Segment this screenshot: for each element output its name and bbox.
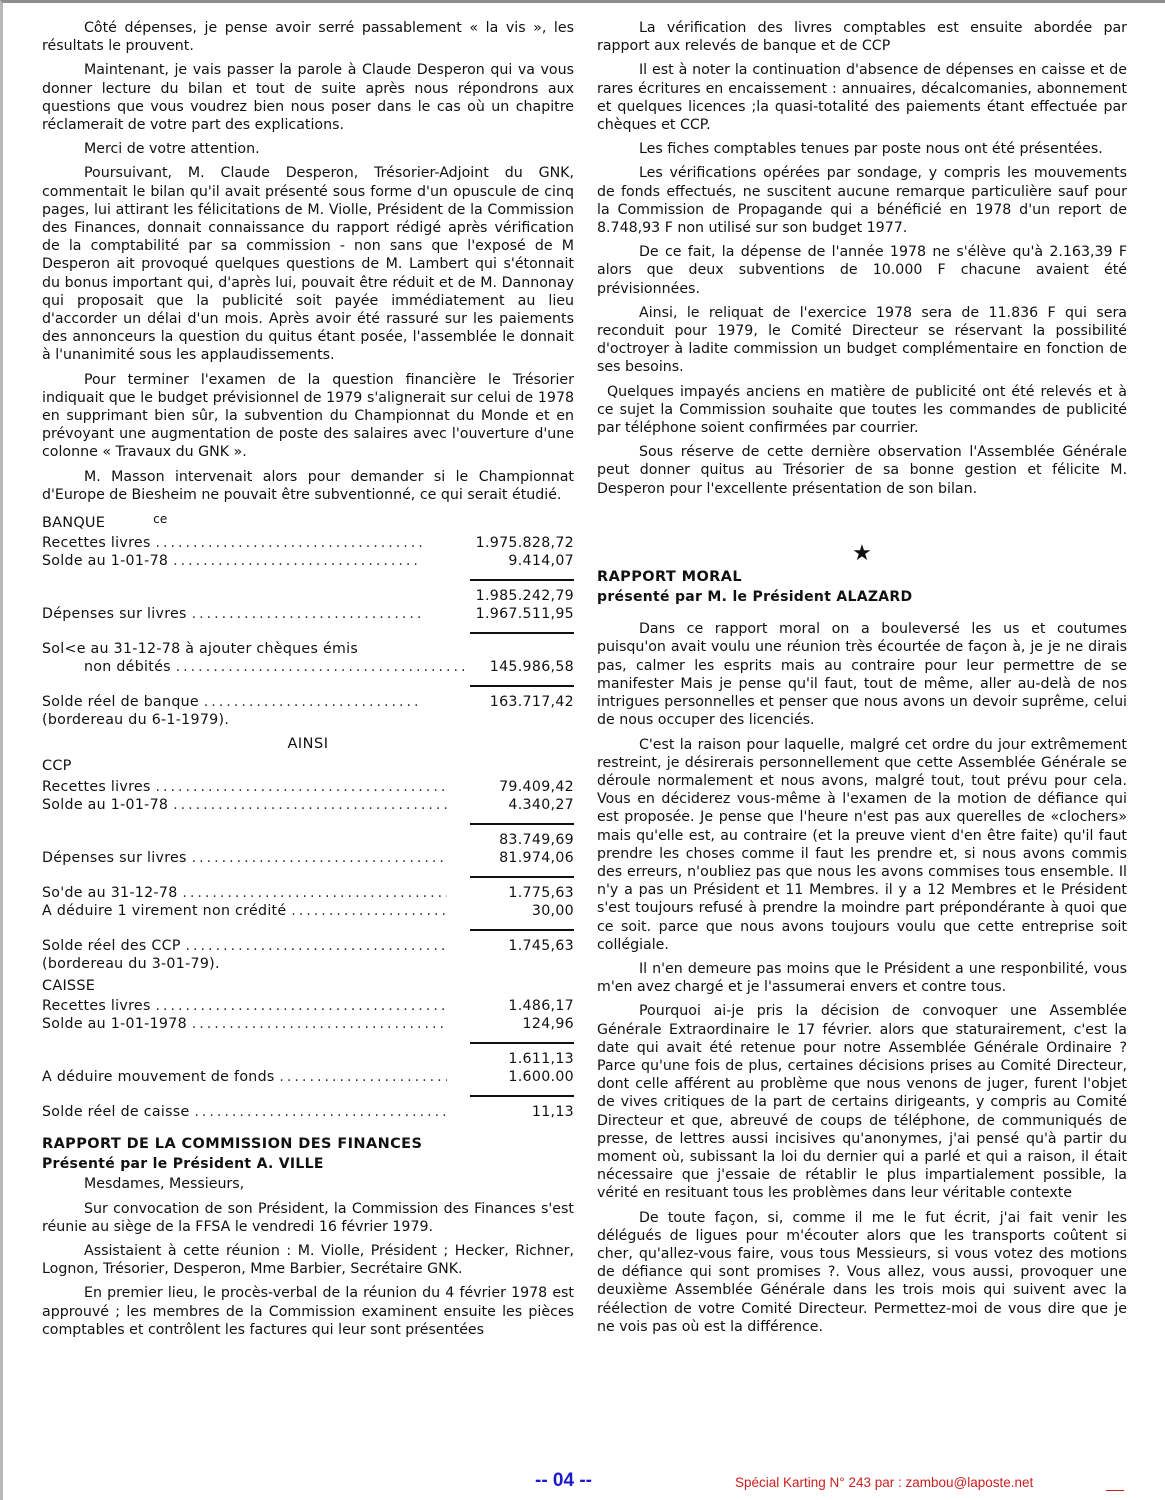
account-row: A déduire mouvement de fonds ...........… bbox=[42, 1068, 574, 1086]
row-value: 1.775,63 bbox=[447, 884, 574, 902]
row-value: 11,13 bbox=[447, 1103, 574, 1121]
account-row: (bordereau du 3-01-79). bbox=[42, 955, 574, 973]
paragraph: Ainsi, le reliquat de l'exercice 1978 se… bbox=[597, 304, 1127, 377]
paragraph: Quelques impayés anciens en matière de p… bbox=[597, 383, 1127, 438]
paragraph: Mesdames, Messieurs, bbox=[42, 1175, 574, 1193]
account-row: Solde réel de caisse ...................… bbox=[42, 1103, 574, 1121]
subtotal-value: 1.985.242,79 bbox=[422, 587, 574, 605]
section-subheading-moral: présenté par M. le Président ALAZARD bbox=[597, 588, 1127, 606]
paragraph: En premier lieu, le procès-verbal de la … bbox=[42, 1284, 574, 1339]
account-row: Recettes livres ........................… bbox=[42, 534, 574, 552]
account-row: A déduire 1 virement non crédité .......… bbox=[42, 902, 574, 920]
account-row: 1.985.242,79 bbox=[42, 587, 574, 605]
row-value: 124,96 bbox=[447, 1015, 574, 1033]
account-row: Solde au 1-01-1978 .....................… bbox=[42, 1015, 574, 1033]
sum-rule bbox=[470, 876, 574, 878]
account-row: Recettes livres ........................… bbox=[42, 997, 574, 1015]
account-row: Solde réel des CCP .....................… bbox=[42, 937, 574, 955]
row-value: 163.717,42 bbox=[422, 693, 574, 711]
ccp-title: CCP bbox=[42, 757, 574, 775]
paragraph: Maintenant, je vais passer la parole à C… bbox=[42, 61, 574, 134]
row-label: A déduire 1 virement non crédité .......… bbox=[42, 902, 447, 920]
caisse-account-table: CAISSE Recettes livres .................… bbox=[42, 977, 574, 1121]
row-label: Solde au 1-01-78 .......................… bbox=[42, 796, 447, 814]
account-row: Solde réel de banque ...................… bbox=[42, 693, 574, 711]
bordereau-note: (bordereau du 3-01-79). bbox=[42, 955, 447, 973]
row-label: Solde réel des CCP .....................… bbox=[42, 937, 447, 955]
bordereau-note: (bordereau du 6-1-1979). bbox=[42, 711, 422, 729]
row-label: non débités ............................… bbox=[42, 658, 464, 676]
left-column: Côté dépenses, je pense avoir serré pass… bbox=[42, 19, 574, 1345]
right-column: La vérification des livres comptables es… bbox=[597, 19, 1127, 1342]
paragraph: Assistaient à cette réunion : M. Violle,… bbox=[42, 1242, 574, 1278]
paragraph: M. Masson intervenait alors pour demande… bbox=[42, 468, 574, 504]
account-row: Recettes livres ........................… bbox=[42, 778, 574, 796]
row-label: Dépenses sur livres ....................… bbox=[42, 605, 422, 623]
sum-rule bbox=[470, 1042, 574, 1044]
row-value: 1.600.00 bbox=[447, 1068, 574, 1086]
banque-title-text: BANQUE bbox=[42, 515, 105, 531]
caisse-title: CAISSE bbox=[42, 977, 574, 995]
account-row: (bordereau du 6-1-1979). bbox=[42, 711, 574, 729]
banque-title: BANQUEce bbox=[42, 510, 574, 532]
row-label: Recettes livres ........................… bbox=[42, 534, 422, 552]
row-label: Dépenses sur livres ....................… bbox=[42, 849, 447, 867]
ainsi-label: AINSI bbox=[42, 735, 574, 753]
paragraph: Merci de votre attention. bbox=[42, 140, 574, 158]
row-label: Sol<e au 31-12-78 à ajouter chèques émis bbox=[42, 640, 422, 658]
row-value: 79.409,42 bbox=[447, 778, 574, 796]
subtotal-value: 83.749,69 bbox=[447, 831, 574, 849]
row-label: Recettes livres ........................… bbox=[42, 778, 447, 796]
row-value: 30,00 bbox=[447, 902, 574, 920]
account-row: Solde au 1-01-78 .......................… bbox=[42, 552, 574, 570]
account-row: So'de au 31-12-78 ......................… bbox=[42, 884, 574, 902]
row-value: 1.967.511,95 bbox=[422, 605, 574, 623]
section-heading-finances: RAPPORT DE LA COMMISSION DES FINANCES bbox=[42, 1135, 574, 1153]
row-label: Solde au 1-01-78 .......................… bbox=[42, 552, 422, 570]
row-label: A déduire mouvement de fonds ...........… bbox=[42, 1068, 447, 1086]
paragraph: Poursuivant, M. Claude Desperon, Trésori… bbox=[42, 164, 574, 364]
row-value: 4.340,27 bbox=[447, 796, 574, 814]
subtotal-value: 1.611,13 bbox=[447, 1050, 574, 1068]
row-label: So'de au 31-12-78 ......................… bbox=[42, 884, 447, 902]
row-label: Recettes livres ........................… bbox=[42, 997, 447, 1015]
section-heading-moral: RAPPORT MORAL bbox=[597, 568, 1127, 586]
account-row: Sol<e au 31-12-78 à ajouter chèques émis bbox=[42, 640, 574, 658]
star-separator-icon: ★ bbox=[597, 542, 1127, 566]
account-row: Dépenses sur livres ....................… bbox=[42, 605, 574, 623]
paragraph: Dans ce rapport moral on a bouleversé le… bbox=[597, 620, 1127, 729]
section-subheading-finances: Présenté par le Président A. VILLE bbox=[42, 1155, 574, 1173]
row-label: Solde réel de caisse ...................… bbox=[42, 1103, 447, 1121]
paragraph: Pour terminer l'examen de la question fi… bbox=[42, 371, 574, 462]
paragraph: Il est à noter la continuation d'absence… bbox=[597, 61, 1127, 134]
banque-note: ce bbox=[153, 512, 167, 526]
paragraph: Sur convocation de son Président, la Com… bbox=[42, 1200, 574, 1236]
paragraph: Sous réserve de cette dernière observati… bbox=[597, 443, 1127, 498]
page-footer: -- 04 -- Spécial Karting N° 243 par : za… bbox=[3, 1470, 1165, 1494]
paragraph: Pourquoi ai-je pris la décision de convo… bbox=[597, 1002, 1127, 1202]
paragraph: Les vérifications opérées par sondage, y… bbox=[597, 164, 1127, 237]
row-value: 1.975.828,72 bbox=[422, 534, 574, 552]
paragraph: C'est la raison pour laquelle, malgré ce… bbox=[597, 736, 1127, 954]
sum-rule bbox=[470, 579, 574, 581]
banque-account-table: BANQUEce Recettes livres ...............… bbox=[42, 510, 574, 729]
row-value: 81.974,06 bbox=[447, 849, 574, 867]
account-row: 83.749,69 bbox=[42, 831, 574, 849]
row-label: Solde au 1-01-1978 .....................… bbox=[42, 1015, 447, 1033]
paragraph: De toute façon, si, comme il me le fut é… bbox=[597, 1209, 1127, 1336]
row-value: 145.986,58 bbox=[464, 658, 574, 676]
paragraph: Il n'en demeure pas moins que le Préside… bbox=[597, 960, 1127, 996]
account-row: 1.611,13 bbox=[42, 1050, 574, 1068]
paragraph: Les fiches comptables tenues par poste n… bbox=[597, 140, 1127, 158]
sum-rule bbox=[470, 685, 574, 687]
sum-rule bbox=[470, 1095, 574, 1097]
credit-text: Spécial Karting N° 243 par : zambou@lapo… bbox=[735, 1475, 1033, 1490]
ccp-account-table: CCP Recettes livres ....................… bbox=[42, 757, 574, 972]
sum-rule bbox=[470, 632, 574, 634]
row-value: 1.486,17 bbox=[447, 997, 574, 1015]
sum-rule bbox=[470, 929, 574, 931]
paragraph: La vérification des livres comptables es… bbox=[597, 19, 1127, 55]
sum-rule bbox=[470, 823, 574, 825]
row-value: 1.745,63 bbox=[447, 937, 574, 955]
account-row: Dépenses sur livres ....................… bbox=[42, 849, 574, 867]
row-value: 9.414,07 bbox=[422, 552, 574, 570]
credit-underline bbox=[1106, 1490, 1124, 1491]
row-label: Solde réel de banque ...................… bbox=[42, 693, 422, 711]
paragraph: De ce fait, la dépense de l'année 1978 n… bbox=[597, 243, 1127, 298]
account-row: non débités ............................… bbox=[42, 658, 574, 676]
page-number: -- 04 -- bbox=[535, 1470, 592, 1492]
paragraph: Côté dépenses, je pense avoir serré pass… bbox=[42, 19, 574, 55]
account-row: Solde au 1-01-78 .......................… bbox=[42, 796, 574, 814]
